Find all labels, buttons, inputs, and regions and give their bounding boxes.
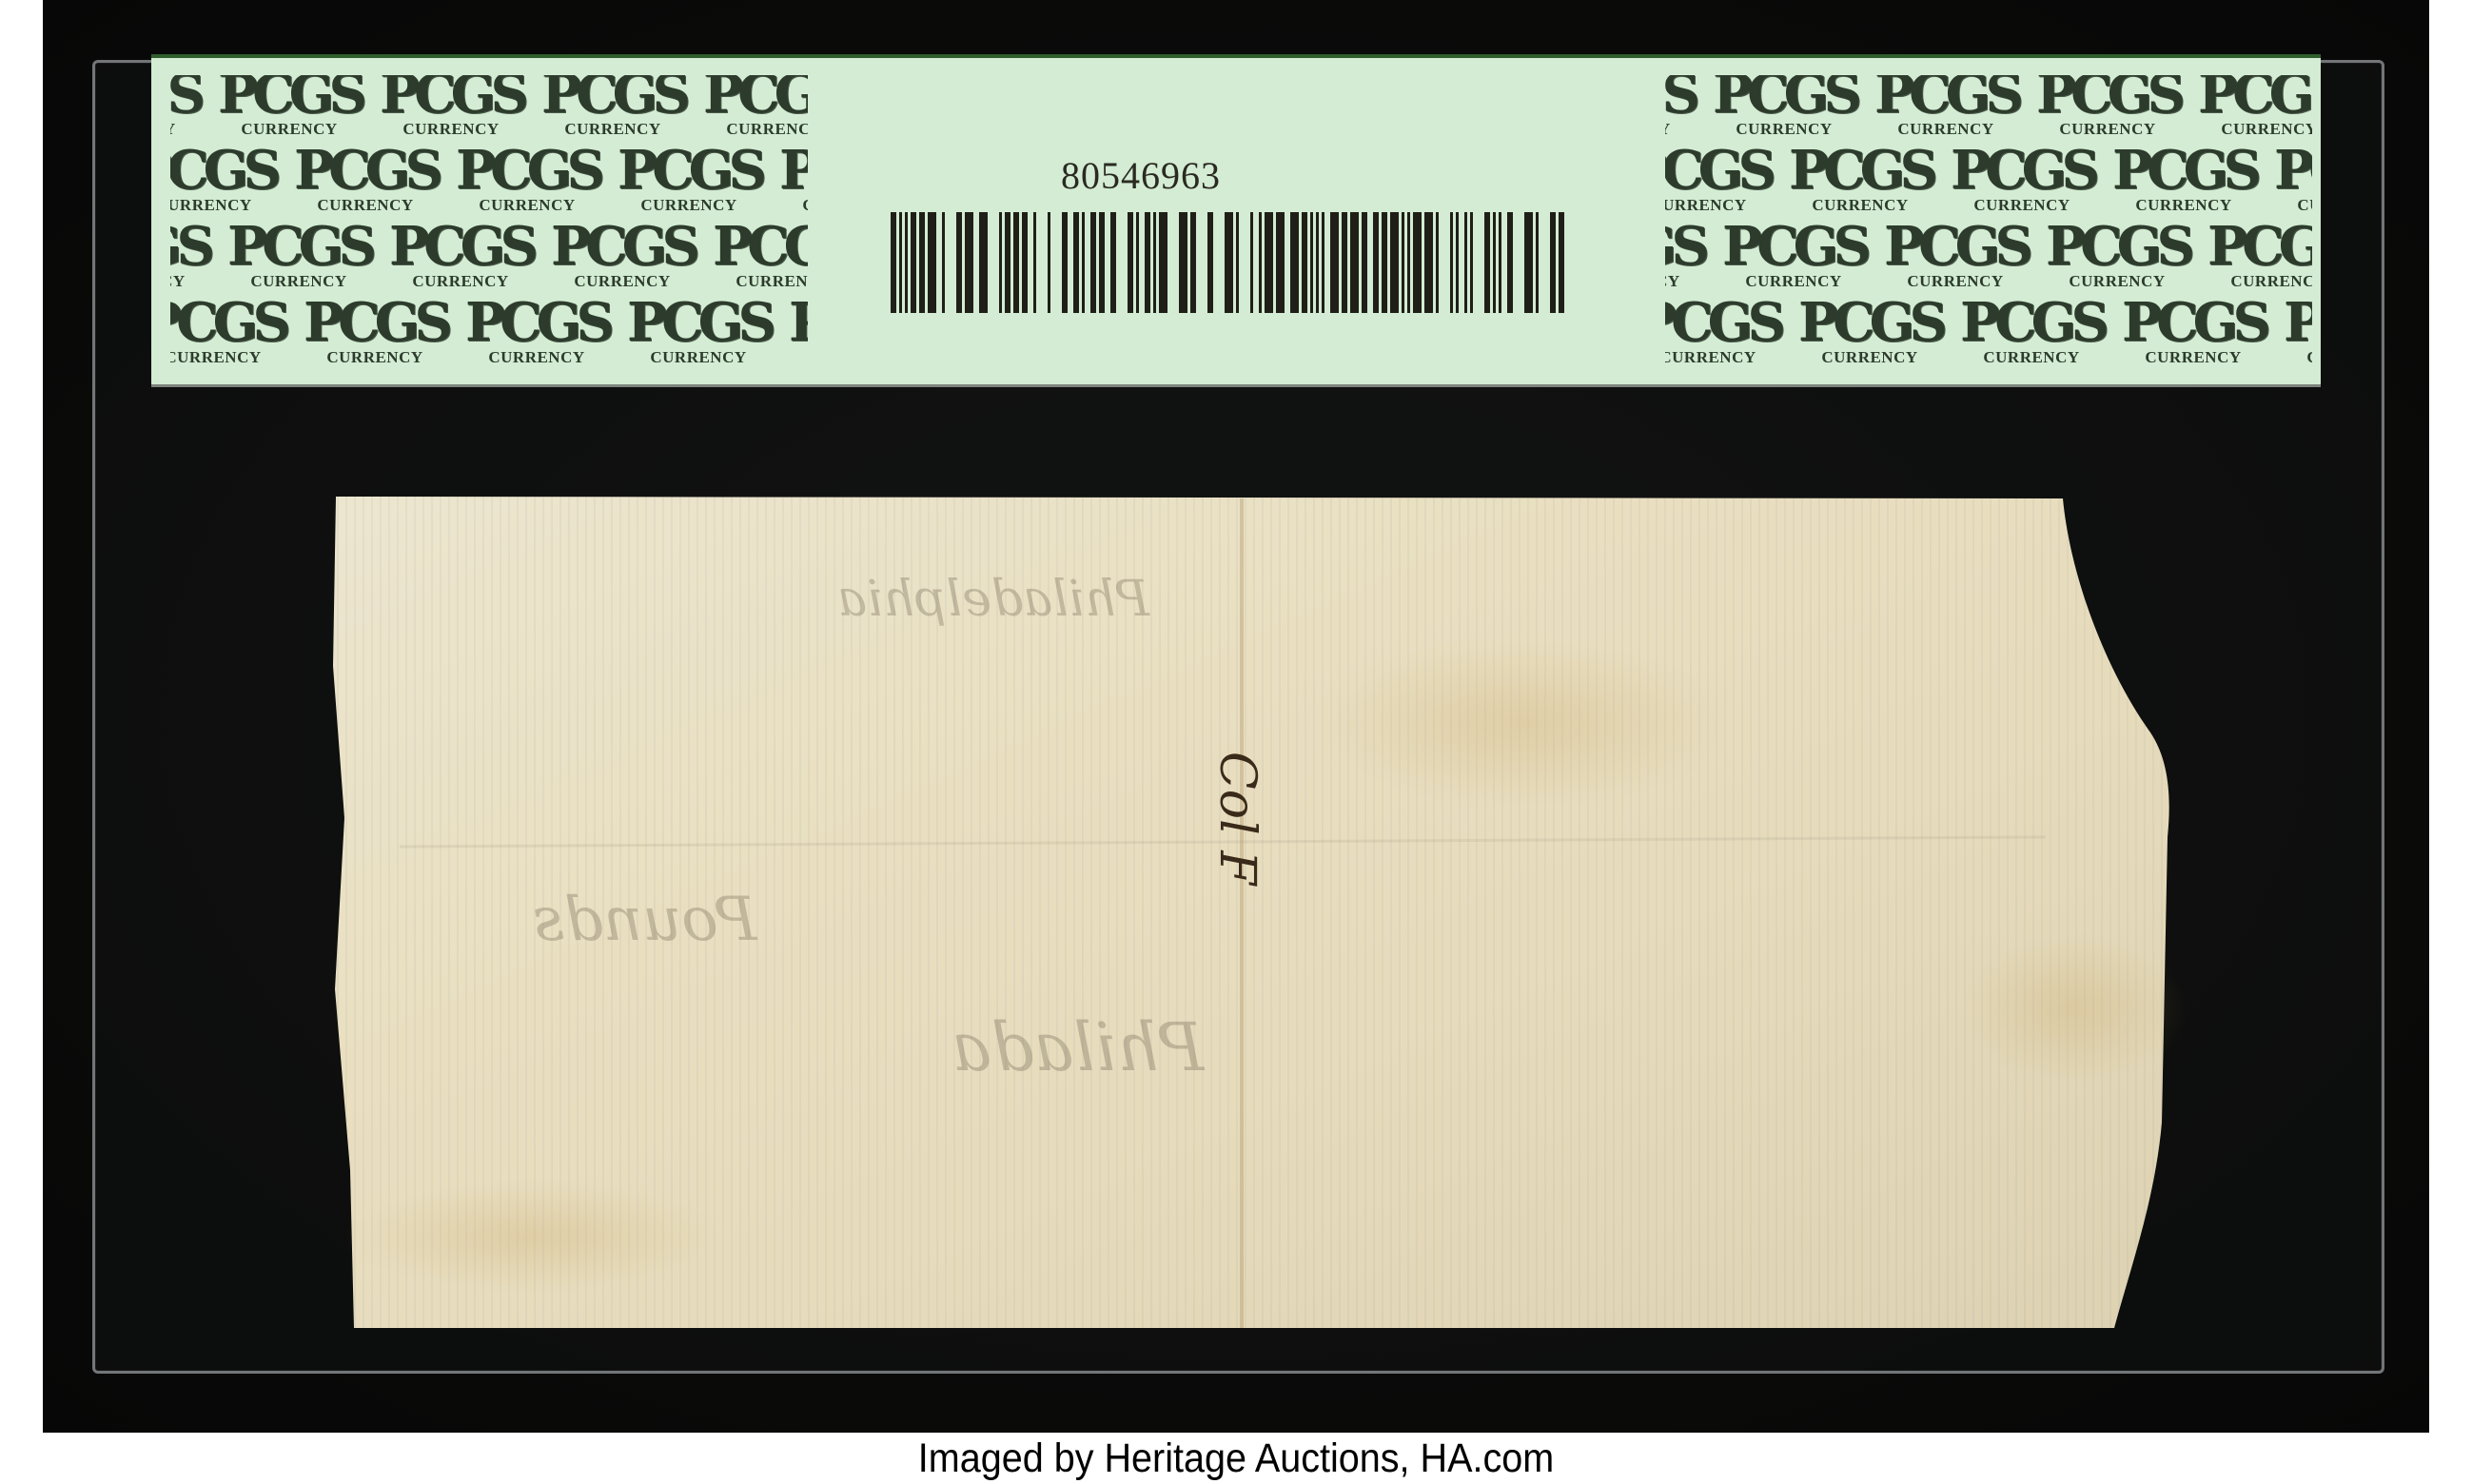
pcgs-logo-icon: PCGSCURRENCY [1665,220,1703,290]
pcgs-logo-icon: PCGSCURRENCY [1722,220,1865,290]
pcgs-logo-icon: PCGSCURRENCY [2284,296,2312,366]
pcgs-logo-icon: PCGSCURRENCY [618,144,760,214]
pcgs-logo-icon: PCGSCURRENCY [465,296,608,366]
image-credit: Imaged by Heritage Auctions, HA.com [99,1433,2373,1484]
security-pattern-left: PCGSCURRENCYPCGSCURRENCYPCGSCURRENCYPCGS… [170,75,808,380]
pcgs-logo-icon: PCGSCURRENCY [541,75,684,138]
logo-row: PCGSCURRENCYPCGSCURRENCYPCGSCURRENCYPCGS… [1665,75,2312,138]
pcgs-logo-icon: PCGSCURRENCY [2207,220,2312,290]
certification-number: 80546963 [903,153,1379,198]
pcgs-logo-icon: PCGSCURRENCY [789,296,808,366]
pcgs-logo-icon: PCGSCURRENCY [1789,144,1932,214]
pcgs-logo-icon: PCGSCURRENCY [713,220,808,290]
logo-row: PCGSCURRENCYPCGSCURRENCYPCGSCURRENCYPCGS… [170,144,808,214]
security-pattern-right: PCGSCURRENCYPCGSCURRENCYPCGSCURRENCYPCGS… [1665,75,2312,380]
pcgs-logo-icon: PCGSCURRENCY [1798,296,1941,366]
pcgs-logo-icon: PCGSCURRENCY [1713,75,1855,138]
pcgs-logo-icon: PCGSCURRENCY [227,220,370,290]
pcgs-logo-icon: PCGSCURRENCY [2036,75,2179,138]
pcgs-logo-icon: PCGSCURRENCY [170,75,199,138]
pcgs-logo-icon: PCGSCURRENCY [304,296,446,366]
pcgs-logo-icon: PCGSCURRENCY [2112,144,2255,214]
pcgs-logo-icon: PCGSCURRENCY [1665,296,1779,366]
pcgs-logo-icon: PCGSCURRENCY [218,75,361,138]
pcgs-logo-icon: PCGSCURRENCY [2198,75,2312,138]
pcgs-logo-icon: PCGSCURRENCY [703,75,808,138]
pcgs-logo-icon: PCGSCURRENCY [2274,144,2312,214]
pcgs-logo-icon: PCGSCURRENCY [170,144,275,214]
pcgs-logo-icon: PCGSCURRENCY [1951,144,2093,214]
logo-row: PCGSCURRENCYPCGSCURRENCYPCGSCURRENCYPCGS… [1665,144,2312,214]
logo-row: PCGSCURRENCYPCGSCURRENCYPCGSCURRENCYPCGS… [170,296,808,366]
pcgs-logo-icon: PCGSCURRENCY [1874,75,2017,138]
pcgs-logo-icon: PCGSCURRENCY [779,144,808,214]
logo-row: PCGSCURRENCYPCGSCURRENCYPCGSCURRENCYPCGS… [170,220,808,290]
pcgs-logo-icon: PCGSCURRENCY [627,296,770,366]
pcgs-logo-icon: PCGSCURRENCY [170,220,208,290]
barcode [891,212,1569,313]
pcgs-logo-icon: PCGSCURRENCY [2046,220,2188,290]
pcgs-logo-icon: PCGSCURRENCY [551,220,694,290]
pcgs-logo-icon: PCGSCURRENCY [380,75,522,138]
pcgs-logo-icon: PCGSCURRENCY [1960,296,2103,366]
logo-row: PCGSCURRENCYPCGSCURRENCYPCGSCURRENCYPCGS… [170,75,808,138]
pcgs-logo-icon: PCGSCURRENCY [389,220,532,290]
pcgs-logo-icon: PCGSCURRENCY [170,296,284,366]
pcgs-logo-icon: PCGSCURRENCY [294,144,437,214]
grading-label: PCGSCURRENCYPCGSCURRENCYPCGSCURRENCYPCGS… [151,54,2321,384]
logo-row: PCGSCURRENCYPCGSCURRENCYPCGSCURRENCYPCGS… [1665,220,2312,290]
pcgs-logo-icon: PCGSCURRENCY [1665,75,1694,138]
pcgs-logo-icon: PCGSCURRENCY [2122,296,2265,366]
logo-row: PCGSCURRENCYPCGSCURRENCYPCGSCURRENCYPCGS… [1665,296,2312,366]
pcgs-logo-icon: PCGSCURRENCY [456,144,598,214]
pcgs-logo-icon: PCGSCURRENCY [1665,144,1770,214]
pcgs-logo-icon: PCGSCURRENCY [1884,220,2027,290]
